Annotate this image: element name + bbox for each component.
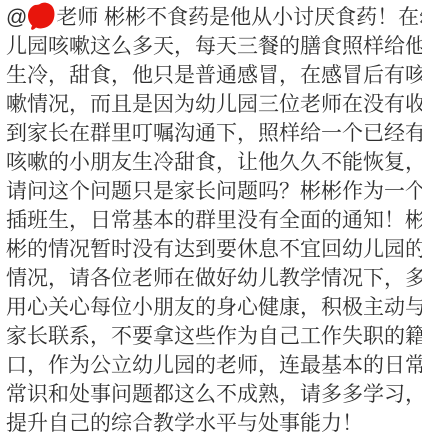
red-scribble-redaction-icon: [27, 2, 55, 32]
message-body-text: 儿园咳嗽这么多天，每天三餐的膳食照样给他 生冷，甜食，他只是普通感冒，在感冒后有…: [6, 32, 422, 436]
message-first-line: @老师 彬彬不食药是他从小讨厌食药！在幼: [6, 2, 422, 32]
message-screenshot: @老师 彬彬不食药是他从小讨厌食药！在幼 儿园咳嗽这么多天，每天三餐的膳食照样给…: [0, 0, 426, 436]
redaction-blob-shape: [28, 3, 54, 30]
at-symbol: @: [6, 3, 27, 32]
message-line1-text: 老师 彬彬不食药是他从小讨厌食药！在幼: [56, 6, 422, 29]
